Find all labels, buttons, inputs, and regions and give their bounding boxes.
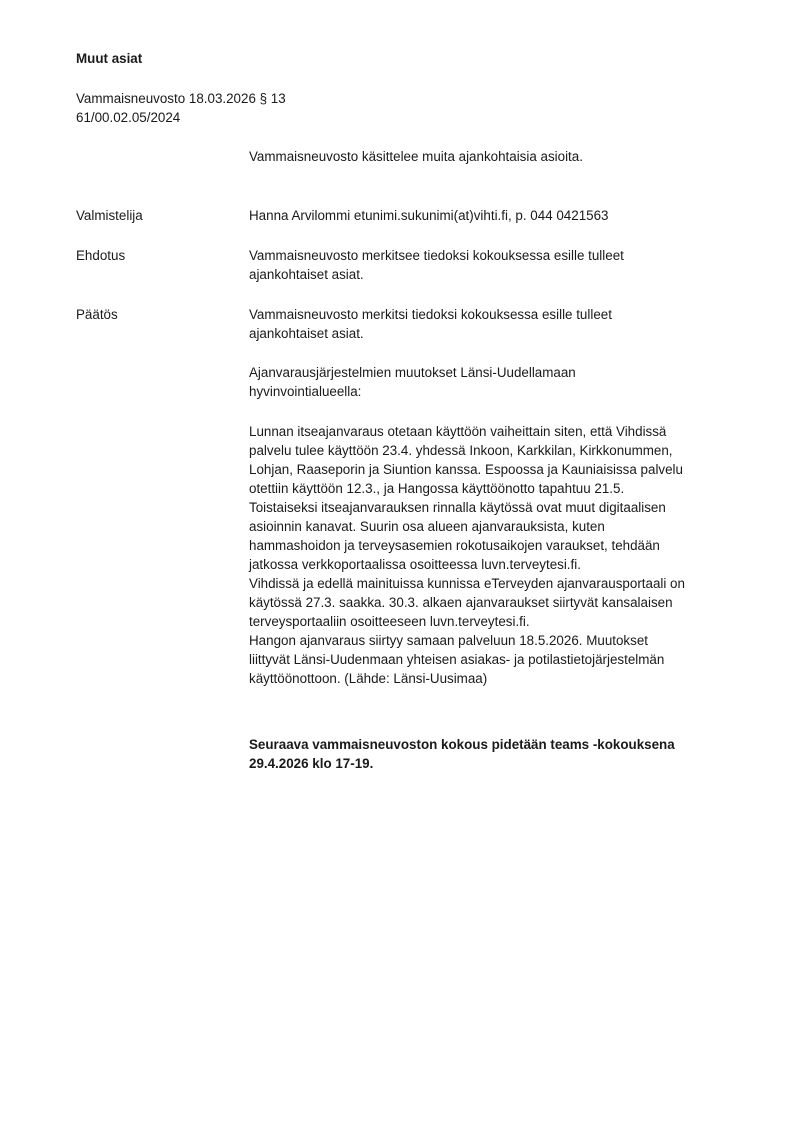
body-line: terveysportaaliin osoitteeseen luvn.terv… [249, 612, 530, 631]
subheading: Ajanvarausjärjestelmien muutokset Länsi-… [249, 363, 576, 382]
subheading: hyvinvointialueella: [249, 382, 361, 401]
body-line: palvelu tulee käyttöön 23.4. yhdessä Ink… [249, 441, 673, 460]
body-line: otettiin käyttöön 12.3., ja Hangossa käy… [249, 479, 624, 498]
body-line: käyttöönottoon. (Lähde: Länsi-Uusimaa) [249, 669, 487, 688]
page-title: Muut asiat [76, 49, 142, 68]
body-line: Toistaiseksi itseajanvarauksen rinnalla … [249, 498, 666, 517]
body-line: jatkossa verkkoportaalissa osoitteessa l… [249, 555, 581, 574]
decision-text: Vammaisneuvosto merkitsi tiedoksi kokouk… [249, 305, 612, 324]
body-line: Hangon ajanvaraus siirtyy samaan palvelu… [249, 631, 648, 650]
meeting-reference: Vammaisneuvosto 18.03.2026 § 13 [76, 89, 286, 108]
body-line: Lohjan, Raaseporin ja Siuntion kanssa. E… [249, 460, 683, 479]
preparer-contact: Hanna Arvilommi etunimi.sukunimi(at)viht… [249, 206, 609, 225]
preparer-label: Valmistelija [76, 206, 143, 225]
proposal-text: Vammaisneuvosto merkitsee tiedoksi kokou… [249, 246, 624, 265]
proposal-label: Ehdotus [76, 246, 125, 265]
body-line: asioinnin kanavat. Suurin osa alueen aja… [249, 517, 605, 536]
body-line: Lunnan itseajanvaraus otetaan käyttöön v… [249, 422, 666, 441]
decision-text: ajankohtaiset asiat. [249, 324, 364, 343]
body-line: käytössä 27.3. saakka. 30.3. alkaen ajan… [249, 593, 673, 612]
next-meeting-notice: 29.4.2026 klo 17-19. [249, 754, 373, 773]
body-line: liittyvät Länsi-Uudenmaan yhteisen asiak… [249, 650, 664, 669]
body-line: Vihdissä ja edellä mainituissa kunnissa … [249, 574, 685, 593]
next-meeting-notice: Seuraava vammaisneuvoston kokous pidetää… [249, 735, 675, 754]
intro-text: Vammaisneuvosto käsittelee muita ajankoh… [249, 147, 583, 166]
body-line: hammashoidon ja terveysasemien rokotusai… [249, 536, 660, 555]
proposal-text: ajankohtaiset asiat. [249, 265, 364, 284]
record-number: 61/00.02.05/2024 [76, 108, 180, 127]
decision-label: Päätös [76, 305, 118, 324]
